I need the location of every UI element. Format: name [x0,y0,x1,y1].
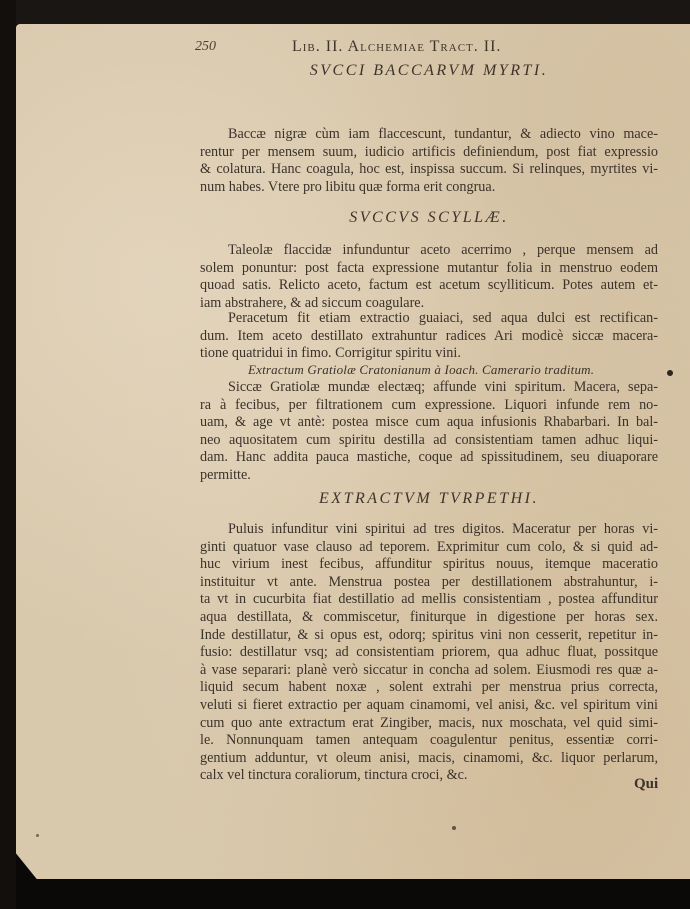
text-line: gentium adduntur, vt oleum anisi, macis,… [200,750,658,768]
text-line: huc virium inest fecibus, affunditur spi… [200,556,658,574]
section-title: EXTRACTVM TVRPETHI. [200,490,658,508]
text-line: ginti quatuor vase clauso ad teporem. Ex… [200,539,658,557]
text-line: permitte. [200,467,658,485]
ink-spot [452,826,456,830]
text-line: neo aquositatem cum spiritu destilla ad … [200,432,658,450]
paragraph: Puluis infunditur vini spiritui ad tres … [200,521,658,785]
scan-background-left [0,0,16,909]
text-line: Baccæ nigræ cùm iam flaccescunt, tundant… [200,126,658,144]
text-line: aqua destillata, & commiscetur, finiturq… [200,609,658,627]
text-line: rentur per mensem suum, iudicio artifici… [200,144,658,162]
text-line: tione quatridui in fimo. Corrigitur spir… [200,345,658,363]
section-title: SVCCI BACCARVM MYRTI. [200,62,658,80]
text-line: Siccæ Gratiolæ mundæ electæq; affunde vi… [200,379,658,397]
text-line: Puluis infunditur vini spiritui ad tres … [200,521,658,539]
paragraph: Siccæ Gratiolæ mundæ electæq; affunde vi… [200,379,658,485]
text-line: uam, & age vt antè: postea misce cum aqu… [200,414,658,432]
text-line: solem ponuntur: post facta expressione m… [200,260,658,278]
scan-background-top [0,0,690,24]
text-line: num habes. Vtere pro libitu quæ forma er… [200,179,658,197]
text-line: cum quo ante extractum erat Zingiber, ma… [200,715,658,733]
paragraph: Peracetum fit etiam extractio guaiaci, s… [200,310,658,363]
text-line: dum. Item aceto destillato extrahuntur r… [200,328,658,346]
text-line: Inde destillatur, & si opus est, odorq; … [200,627,658,645]
text-line: liquid secum habent noxæ , solent extrah… [200,679,658,697]
text-line: dam. Hanc addita pauca mastiche, coque a… [200,449,658,467]
text-line: veluti si fieret extractio per aquam cin… [200,697,658,715]
paragraph: Taleolæ flaccidæ infunduntur aceto acerr… [200,242,658,312]
paragraph: Baccæ nigræ cùm iam flaccescunt, tundant… [200,126,658,196]
text-line: Taleolæ flaccidæ infunduntur aceto acerr… [200,242,658,260]
page-number: 250 [195,39,216,55]
text-line: fusio: destillatur vsq; ad consistentiam… [200,644,658,662]
text-line: quoad satis. Relicto aceto, factum est a… [200,277,658,295]
subsection-title: Extractum Gratiolæ Cratonianum à Ioach. … [248,362,594,378]
text-line: à vase separari: planè verò siccatur in … [200,662,658,680]
text-line: calx vel tinctura coraliorum, tinctura c… [200,767,658,785]
catchword: Qui [634,776,658,793]
ink-spot [667,370,673,376]
text-line: ta vt in cucurbita fiat destillatio ad m… [200,591,658,609]
text-line: & colatura. Hanc coagula, hoc est, inspi… [200,161,658,179]
text-line: instituitur vt ante. Menstrua postea per… [200,574,658,592]
text-line: le. Nonnunquam tamen antequam coagulentu… [200,732,658,750]
section-title: SVCCVS SCYLLÆ. [200,209,658,227]
ink-spot [36,834,39,837]
text-line: ra à fecibus, per filtrationem cum expre… [200,397,658,415]
running-head: Lib. II. Alchemiae Tract. II. [292,38,501,56]
text-line: Peracetum fit etiam extractio guaiaci, s… [200,310,658,328]
